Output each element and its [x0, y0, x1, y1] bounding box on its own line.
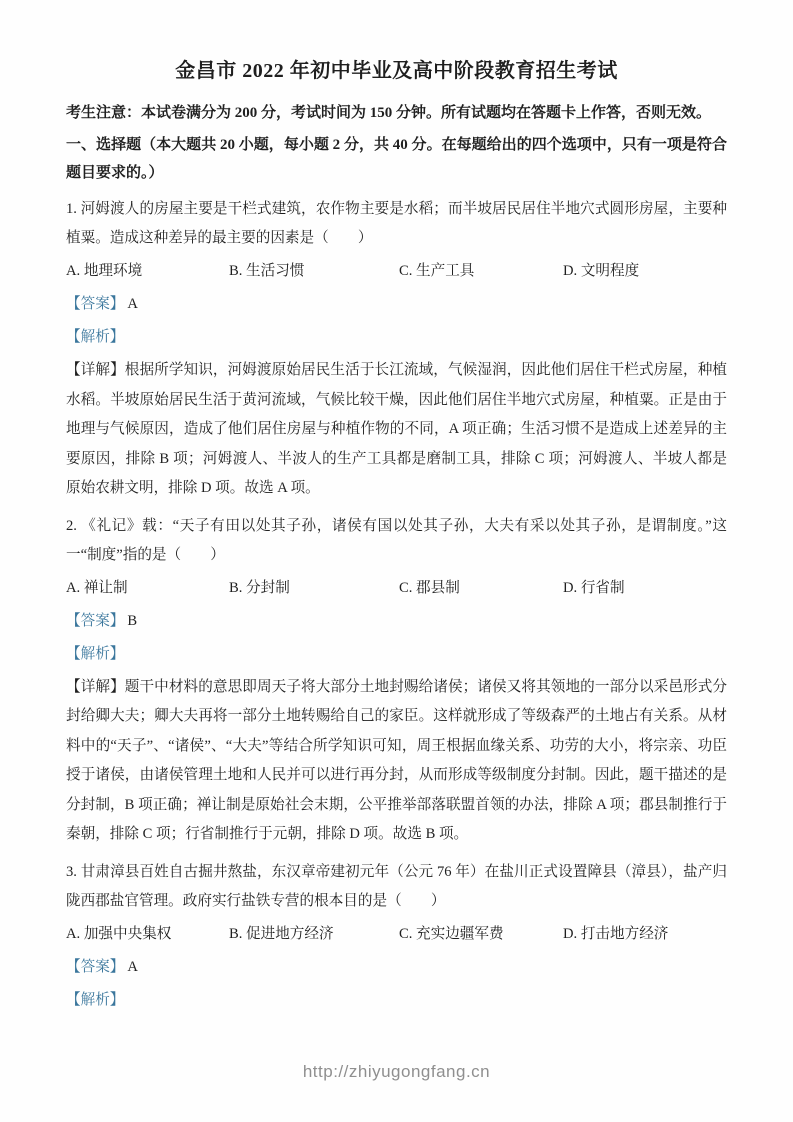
option-a: A. 地理环境 — [66, 257, 229, 286]
option-c: C. 生产工具 — [399, 257, 563, 286]
answer-label: 【答案】 — [66, 613, 124, 629]
analysis-line: 【解析】 — [66, 986, 727, 1015]
question-block-3: 3. 甘肃漳县百姓自古掘井熬盐，东汉章帝建初元年（公元 76 年）在盐川正式设置… — [66, 858, 727, 1015]
watermark-url: http://zhiyugongfang.cn — [0, 1062, 793, 1082]
answer-line: 【答案】A — [66, 290, 727, 319]
option-a: A. 禅让制 — [66, 574, 229, 603]
question-block-2: 2. 《礼记》载：“天子有田以处其子孙，诸侯有国以处其子孙，大夫有采以处其子孙，… — [66, 512, 727, 850]
analysis-label: 【解析】 — [66, 646, 124, 662]
analysis-label: 【解析】 — [66, 329, 124, 345]
option-d: D. 行省制 — [563, 574, 727, 603]
question-text: 1. 河姆渡人的房屋主要是干栏式建筑，农作物主要是水稻；而半坡居民居住半地穴式圆… — [66, 195, 727, 253]
options-row: A. 加强中央集权 B. 促进地方经济 C. 充实边疆军费 D. 打击地方经济 — [66, 920, 727, 949]
option-d: D. 文明程度 — [563, 257, 727, 286]
exam-notice: 考生注意：本试卷满分为 200 分，考试时间为 150 分钟。所有试题均在答题卡… — [66, 98, 727, 129]
option-a: A. 加强中央集权 — [66, 920, 229, 949]
question-block-1: 1. 河姆渡人的房屋主要是干栏式建筑，农作物主要是水稻；而半坡居民居住半地穴式圆… — [66, 195, 727, 504]
detail-text: 【详解】根据所学知识，河姆渡原始居民生活于长江流域，气候湿润，因此他们居住干栏式… — [66, 356, 727, 504]
answer-value: A — [127, 959, 138, 975]
question-text: 3. 甘肃漳县百姓自古掘井熬盐，东汉章帝建初元年（公元 76 年）在盐川正式设置… — [66, 858, 727, 916]
page-title: 金昌市 2022 年初中毕业及高中阶段教育招生考试 — [66, 54, 727, 88]
exam-document-page: 金昌市 2022 年初中毕业及高中阶段教育招生考试 考生注意：本试卷满分为 20… — [0, 0, 793, 1122]
detail-text: 【详解】题干中材料的意思即周天子将大部分土地封赐给诸侯；诸侯又将其领地的一部分以… — [66, 673, 727, 850]
answer-label: 【答案】 — [66, 296, 124, 312]
question-text: 2. 《礼记》载：“天子有田以处其子孙，诸侯有国以处其子孙，大夫有采以处其子孙，… — [66, 512, 727, 570]
answer-label: 【答案】 — [66, 959, 124, 975]
answer-value: B — [127, 613, 137, 629]
option-c: C. 充实边疆军费 — [399, 920, 563, 949]
answer-line: 【答案】A — [66, 953, 727, 982]
answer-line: 【答案】B — [66, 607, 727, 636]
analysis-label: 【解析】 — [66, 992, 124, 1008]
option-c: C. 郡县制 — [399, 574, 563, 603]
option-d: D. 打击地方经济 — [563, 920, 727, 949]
option-b: B. 分封制 — [229, 574, 399, 603]
analysis-line: 【解析】 — [66, 640, 727, 669]
option-b: B. 生活习惯 — [229, 257, 399, 286]
options-row: A. 地理环境 B. 生活习惯 C. 生产工具 D. 文明程度 — [66, 257, 727, 286]
option-b: B. 促进地方经济 — [229, 920, 399, 949]
analysis-line: 【解析】 — [66, 323, 727, 352]
options-row: A. 禅让制 B. 分封制 C. 郡县制 D. 行省制 — [66, 574, 727, 603]
answer-value: A — [127, 296, 138, 312]
section-header: 一、选择题（本大题共 20 小题，每小题 2 分，共 40 分。在每题给出的四个… — [66, 131, 727, 187]
